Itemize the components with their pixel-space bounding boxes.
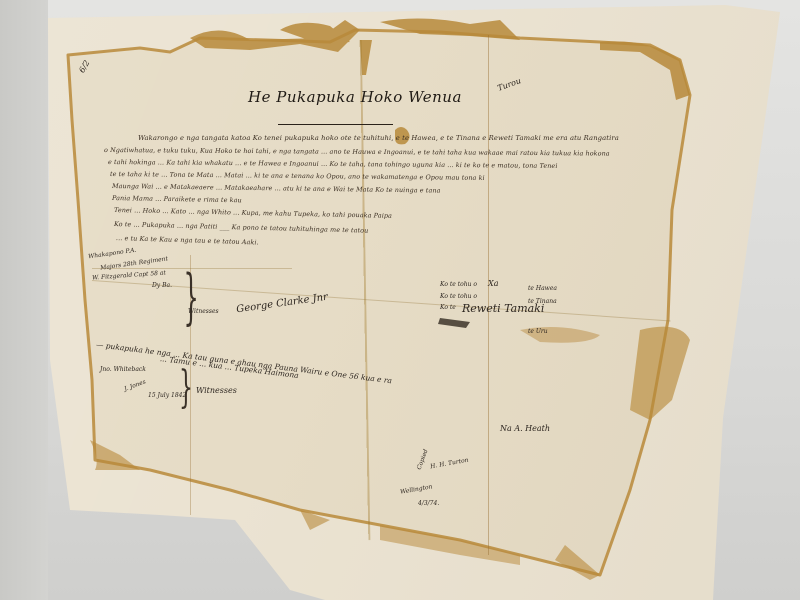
document-title: He Pukapuka Hoko Wenua bbox=[248, 88, 462, 106]
signature-reweti-tamaki: Reweti Tamaki bbox=[462, 302, 544, 315]
fold-line-vertical-right bbox=[488, 35, 489, 555]
tohu-1-name: te Hawea bbox=[528, 285, 557, 292]
witness-brace-2: } bbox=[179, 362, 193, 413]
lower-witness-label: Witnesses bbox=[196, 386, 237, 395]
tohu-4: te Uru bbox=[528, 328, 548, 335]
cert-date: 4/3/74. bbox=[418, 500, 439, 507]
body-line-1: Wakarongo e nga tangata katoa Ko tenei p… bbox=[138, 134, 619, 142]
receipt-signature: Na A. Heath bbox=[500, 424, 550, 433]
witness-brace: } bbox=[183, 262, 198, 332]
tohu-1-prefix: Ko te tohu o bbox=[440, 281, 477, 288]
title-underline bbox=[278, 124, 393, 125]
tohu-2-prefix: Ko te tohu o bbox=[440, 293, 477, 300]
margin-line-4: Dy Ba. bbox=[152, 282, 172, 289]
tohu-3-prefix: Ko te bbox=[440, 304, 456, 311]
tohu-1-mark: Xa bbox=[488, 279, 498, 288]
witness-label: Witnesses bbox=[188, 308, 219, 315]
background-wall bbox=[0, 0, 48, 600]
lower-left-line-1: Jno. Whiteback bbox=[100, 366, 146, 373]
